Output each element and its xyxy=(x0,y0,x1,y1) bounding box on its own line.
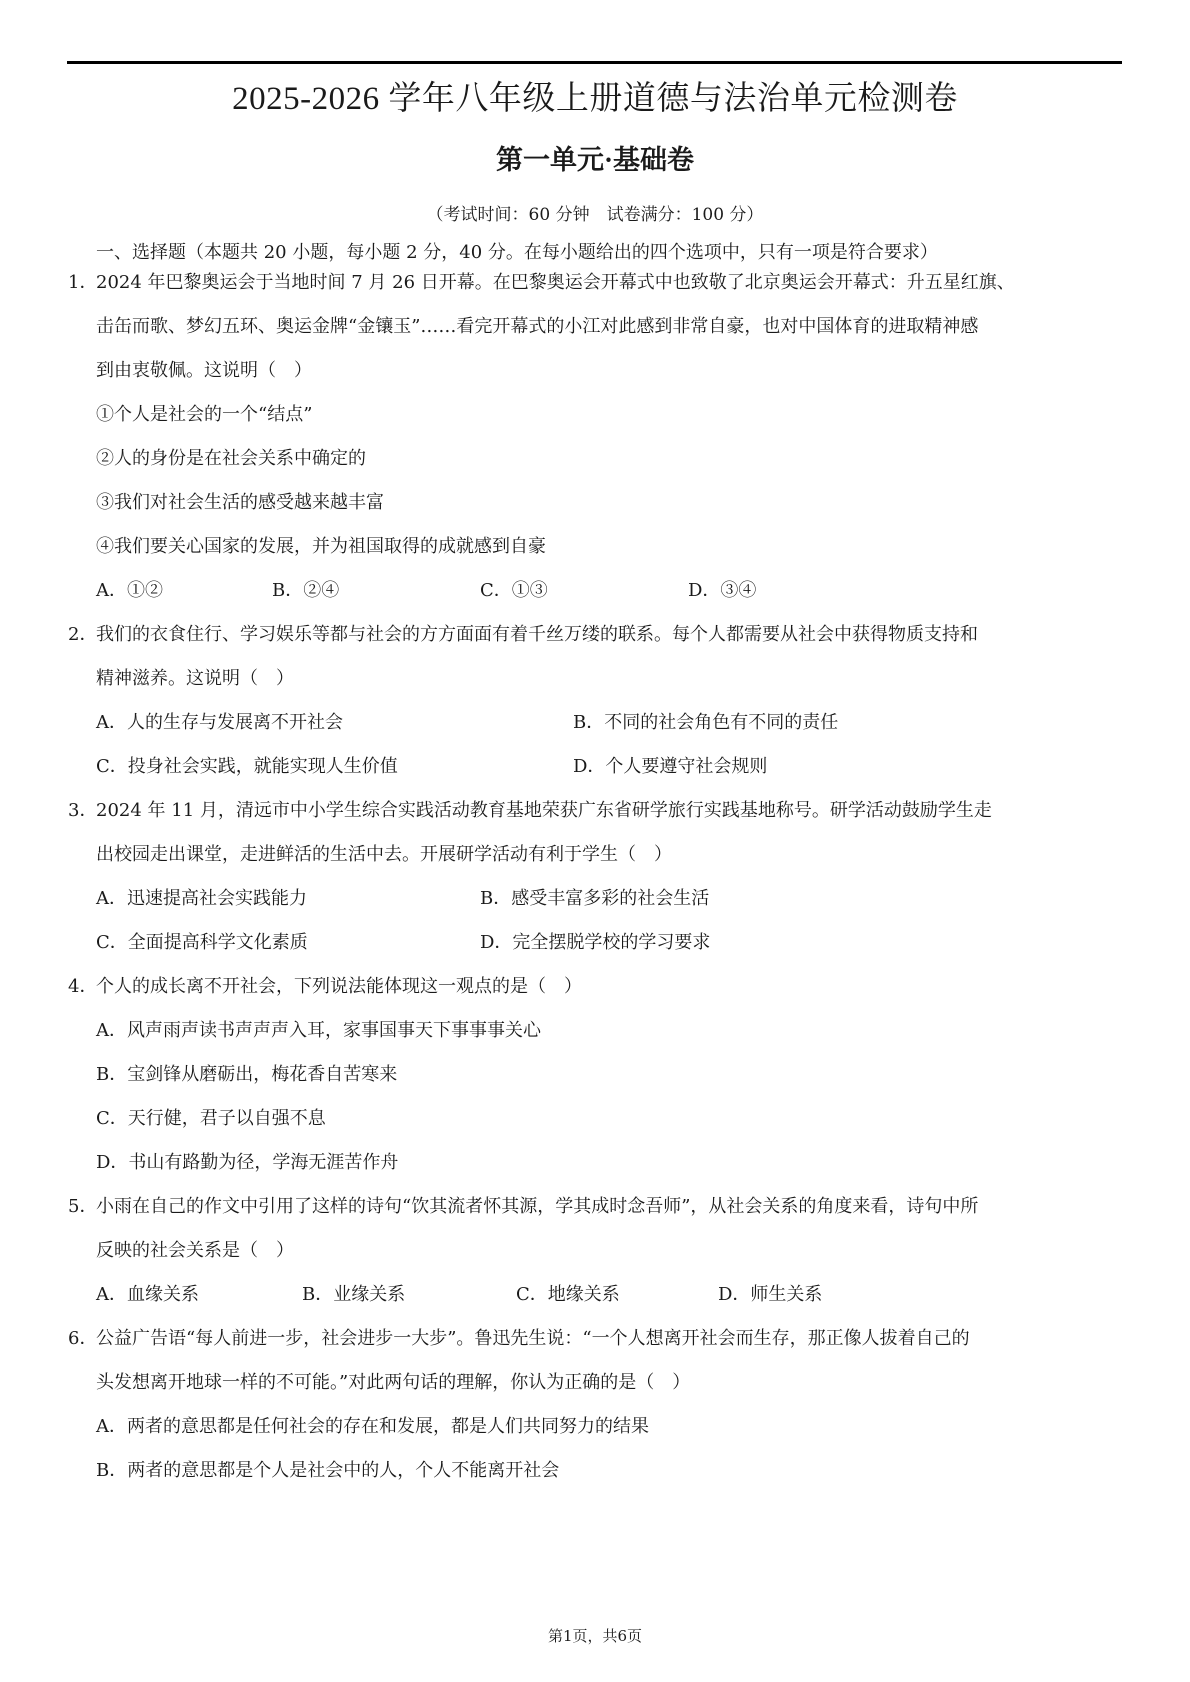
question-text-line: 出校园走出课堂，走进鲜活的生活中去。开展研学活动有利于学生（ ） xyxy=(96,842,672,868)
question-text-line: 头发想离开地球一样的不可能。”对此两句话的理解，你认为正确的是（ ） xyxy=(96,1370,690,1396)
option-b[interactable]: B．②④ xyxy=(272,578,339,604)
option-c[interactable]: C．天行健，君子以自强不息 xyxy=(96,1106,326,1132)
option-a[interactable]: A．血缘关系 xyxy=(96,1282,199,1308)
option-c[interactable]: C．地缘关系 xyxy=(516,1282,620,1308)
question-number: 2． xyxy=(68,622,97,648)
option-a[interactable]: A．两者的意思都是任何社会的存在和发展，都是人们共同努力的结果 xyxy=(96,1414,649,1440)
option-c[interactable]: C．投身社会实践，就能实现人生价值 xyxy=(96,754,398,780)
statement-2: ②人的身份是在社会关系中确定的 xyxy=(96,446,366,472)
question-text-line: 公益广告语“每人前进一步，社会进步一大步”。鲁迅先生说：“一个人想离开社会而生存… xyxy=(96,1326,970,1352)
option-d[interactable]: D．书山有路勤为径，学海无涯苦作舟 xyxy=(96,1150,398,1176)
option-b[interactable]: B．不同的社会角色有不同的责任 xyxy=(573,710,838,736)
option-b[interactable]: B．感受丰富多彩的社会生活 xyxy=(480,886,709,912)
question-text-line: 到由衷敬佩。这说明（ ） xyxy=(96,358,312,384)
page-footer: 第1页，共6页 xyxy=(0,1625,1190,1647)
option-d[interactable]: D．师生关系 xyxy=(718,1282,822,1308)
document-title: 2025-2026 学年八年级上册道德与法治单元检测卷 xyxy=(0,74,1190,124)
section-heading: 一、选择题（本题共 20 小题，每小题 2 分，40 分。在每小题给出的四个选项… xyxy=(96,240,938,266)
option-a[interactable]: A．迅速提高社会实践能力 xyxy=(96,886,307,912)
option-d[interactable]: D．完全摆脱学校的学习要求 xyxy=(480,930,710,956)
question-text-line: 2024 年 11 月，清远市中小学生综合实践活动教育基地荣获广东省研学旅行实践… xyxy=(96,798,992,824)
exam-info: （考试时间：60 分钟 试卷满分：100 分） xyxy=(0,202,1190,228)
question-text-line: 小雨在自己的作文中引用了这样的诗句“饮其流者怀其源，学其成时念吾师”，从社会关系… xyxy=(96,1194,978,1220)
question-text-line: 个人的成长离不开社会，下列说法能体现这一观点的是（ ） xyxy=(96,974,582,1000)
top-rule-divider xyxy=(67,61,1122,64)
question-number: 3． xyxy=(68,798,97,824)
question-text-line: 精神滋养。这说明（ ） xyxy=(96,666,294,692)
question-number: 4． xyxy=(68,974,97,1000)
statement-3: ③我们对社会生活的感受越来越丰富 xyxy=(96,490,384,516)
option-b[interactable]: B．业缘关系 xyxy=(302,1282,405,1308)
option-c[interactable]: C．全面提高科学文化素质 xyxy=(96,930,308,956)
option-b[interactable]: B．两者的意思都是个人是社会中的人，个人不能离开社会 xyxy=(96,1458,559,1484)
option-a[interactable]: A．风声雨声读书声声声入耳，家事国事天下事事事关心 xyxy=(96,1018,541,1044)
option-d[interactable]: D．③④ xyxy=(688,578,756,604)
question-text-line: 击缶而歌、梦幻五环、奥运金牌“金镶玉”……看完开幕式的小江对此感到非常自豪，也对… xyxy=(96,314,978,340)
statement-4: ④我们要关心国家的发展，并为祖国取得的成就感到自豪 xyxy=(96,534,546,560)
option-b[interactable]: B．宝剑锋从磨砺出，梅花香自苦寒来 xyxy=(96,1062,397,1088)
option-d[interactable]: D．个人要遵守社会规则 xyxy=(573,754,767,780)
question-text-line: 我们的衣食住行、学习娱乐等都与社会的方方面面有着千丝万缕的联系。每个人都需要从社… xyxy=(96,622,978,648)
option-a[interactable]: A．人的生存与发展离不开社会 xyxy=(96,710,343,736)
question-text-line: 2024 年巴黎奥运会于当地时间 7 月 26 日开幕。在巴黎奥运会开幕式中也致… xyxy=(96,270,1015,296)
option-a[interactable]: A．①② xyxy=(96,578,163,604)
document-subtitle: 第一单元·基础卷 xyxy=(0,138,1190,182)
question-number: 5． xyxy=(68,1194,97,1220)
question-number: 1． xyxy=(68,270,97,296)
question-number: 6． xyxy=(68,1326,97,1352)
option-c[interactable]: C．①③ xyxy=(480,578,548,604)
question-text-line: 反映的社会关系是（ ） xyxy=(96,1238,294,1264)
statement-1: ①个人是社会的一个“结点” xyxy=(96,402,312,428)
